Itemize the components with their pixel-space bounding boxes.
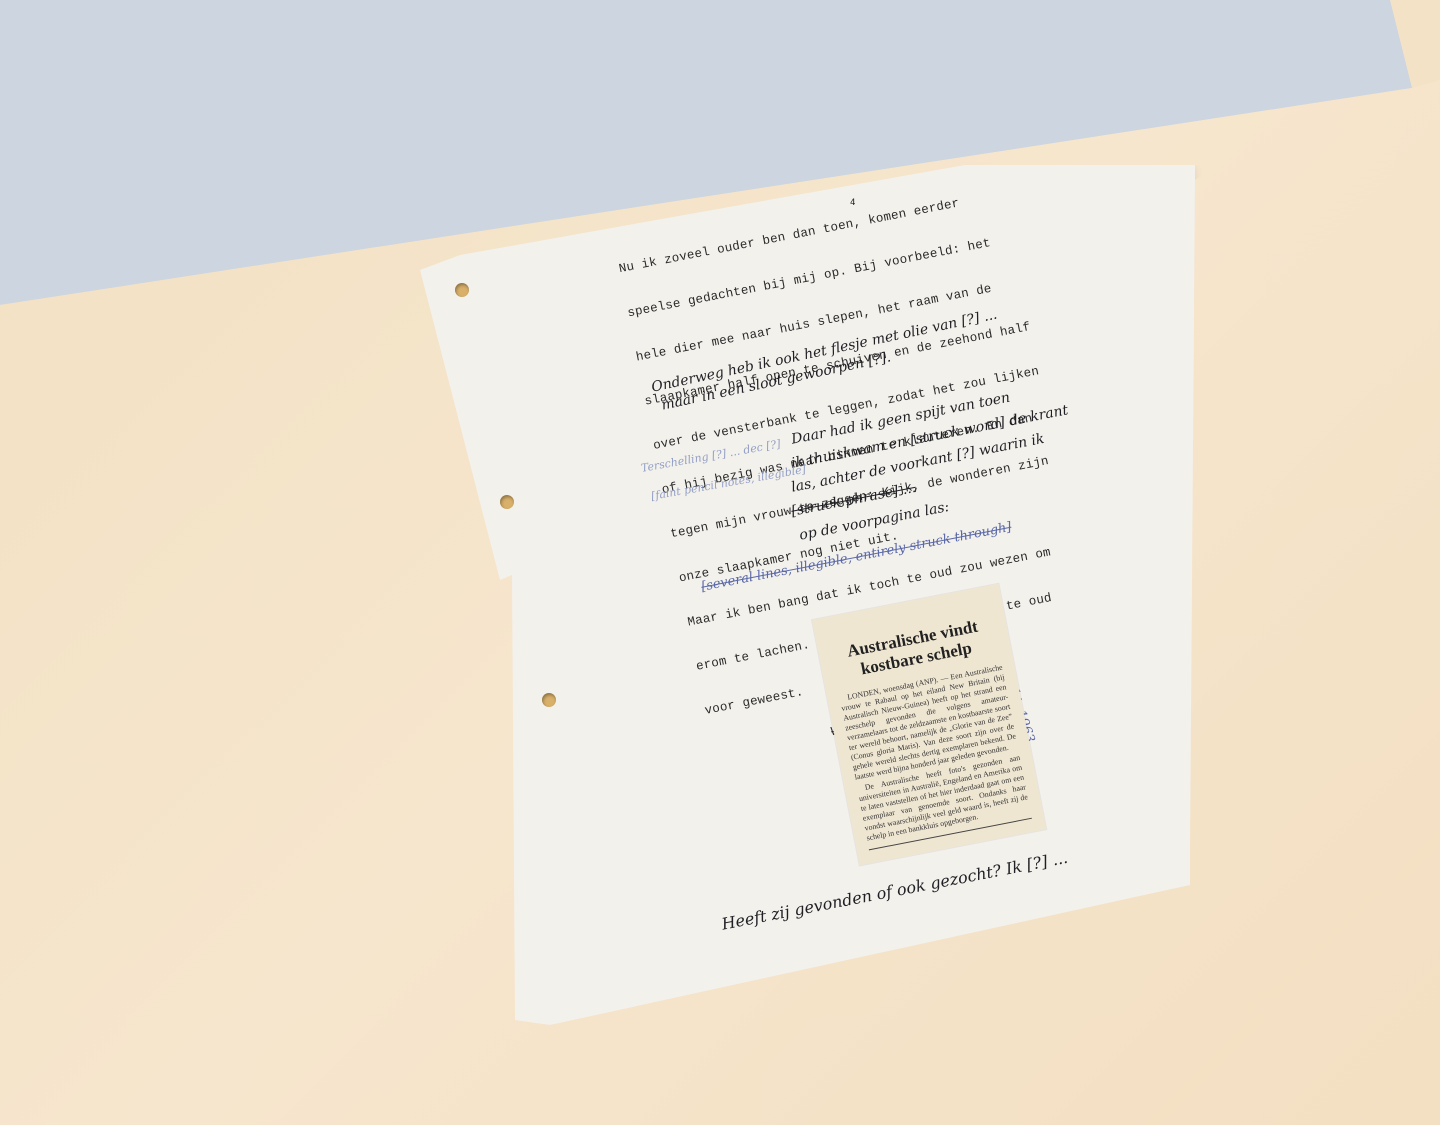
clipping-body: LONDEN, woensdag (ANP). — Een Australisc… (839, 663, 1031, 844)
typed-line: speelse gedachten bij mij op. Bij voorbe… (626, 234, 1002, 321)
punch-hole-bottom (542, 693, 556, 707)
punch-hole-middle (500, 495, 514, 509)
punch-hole-top (455, 283, 469, 297)
